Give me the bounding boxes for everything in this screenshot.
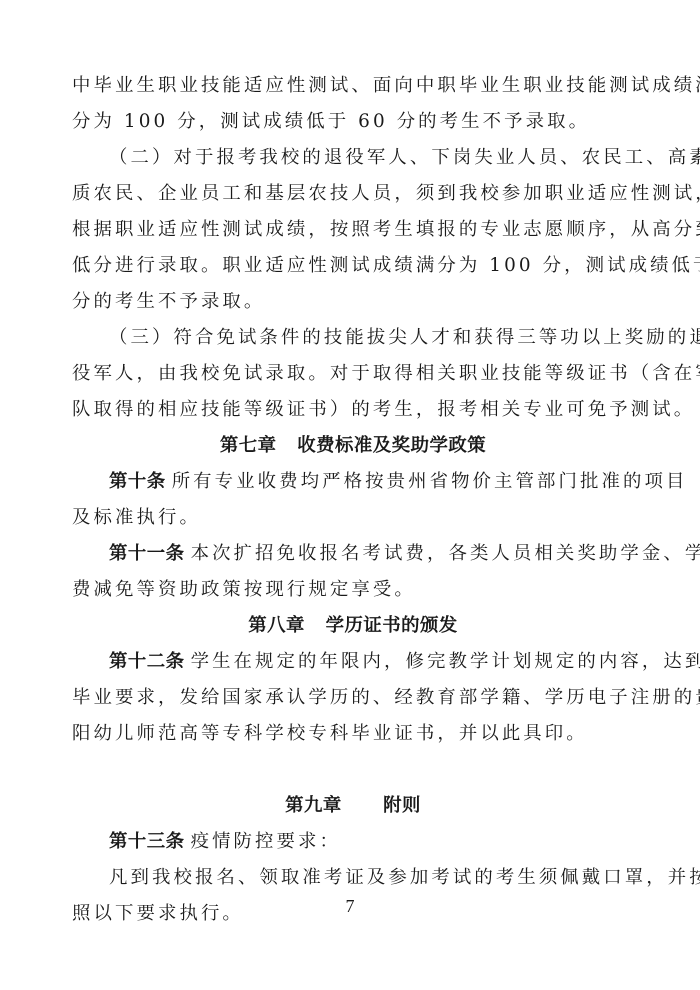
article-11: 第十一条本次扩招免收报名考试费，各类人员相关奖助学金、学 <box>72 536 634 572</box>
body-text-line: 凡到我校报名、领取准考证及参加考试的考生须佩戴口罩，并按 <box>72 860 634 896</box>
article-label: 第十二条 <box>109 651 185 672</box>
article-10: 第十条所有专业收费均严格按贵州省物价主管部门批准的项目 <box>72 464 634 500</box>
page-number: 7 <box>0 896 700 917</box>
article-text: 所有专业收费均严格按贵州省物价主管部门批准的项目 <box>172 471 688 492</box>
body-text-line: 阳幼儿师范高等专科学校专科毕业证书，并以此具印。 <box>72 716 634 752</box>
body-text-line: 中毕业生职业技能适应性测试、面向中职毕业生职业技能测试成绩满 <box>72 68 634 104</box>
article-text: 学生在规定的年限内，修完教学计划规定的内容，达到 <box>191 651 700 672</box>
body-text-line: 役军人，由我校免试录取。对于取得相关职业技能等级证书（含在军 <box>72 356 634 392</box>
chapter-heading: 第七章 收费标准及奖助学政策 <box>72 428 634 464</box>
body-text-line: 队取得的相应技能等级证书）的考生，报考相关专业可免予测试。 <box>72 392 634 428</box>
article-12: 第十二条学生在规定的年限内，修完教学计划规定的内容，达到 <box>72 644 634 680</box>
article-text: 疫情防控要求： <box>191 831 341 852</box>
body-text-line: 根据职业适应性测试成绩，按照考生填报的专业志愿顺序，从高分到 <box>72 212 634 248</box>
body-text-line: （二）对于报考我校的退役军人、下岗失业人员、农民工、高素 <box>72 140 634 176</box>
body-text-line: 及标准执行。 <box>72 500 634 536</box>
body-text-line: 费减免等资助政策按现行规定享受。 <box>72 572 634 608</box>
article-label: 第十一条 <box>109 543 185 564</box>
article-label: 第十三条 <box>109 831 185 852</box>
body-text-line: 质农民、企业员工和基层农技人员，须到我校参加职业适应性测试， <box>72 176 634 212</box>
body-text-line: 低分进行录取。职业适应性测试成绩满分为 100 分，测试成绩低于 60 <box>72 248 634 284</box>
chapter-heading: 第八章 学历证书的颁发 <box>72 608 634 644</box>
article-text: 本次扩招免收报名考试费，各类人员相关奖助学金、学 <box>191 543 700 564</box>
article-13: 第十三条疫情防控要求： <box>72 824 634 860</box>
body-text-line: 毕业要求，发给国家承认学历的、经教育部学籍、学历电子注册的贵 <box>72 680 634 716</box>
body-text-line: 分的考生不予录取。 <box>72 284 634 320</box>
body-text-line: 分为 100 分，测试成绩低于 60 分的考生不予录取。 <box>72 104 634 140</box>
spacer <box>72 752 634 788</box>
document-page: 中毕业生职业技能适应性测试、面向中职毕业生职业技能测试成绩满 分为 100 分，… <box>72 68 634 932</box>
body-text-line: （三）符合免试条件的技能拔尖人才和获得三等功以上奖励的退 <box>72 320 634 356</box>
article-label: 第十条 <box>109 471 166 492</box>
chapter-heading: 第九章 附则 <box>72 788 634 824</box>
